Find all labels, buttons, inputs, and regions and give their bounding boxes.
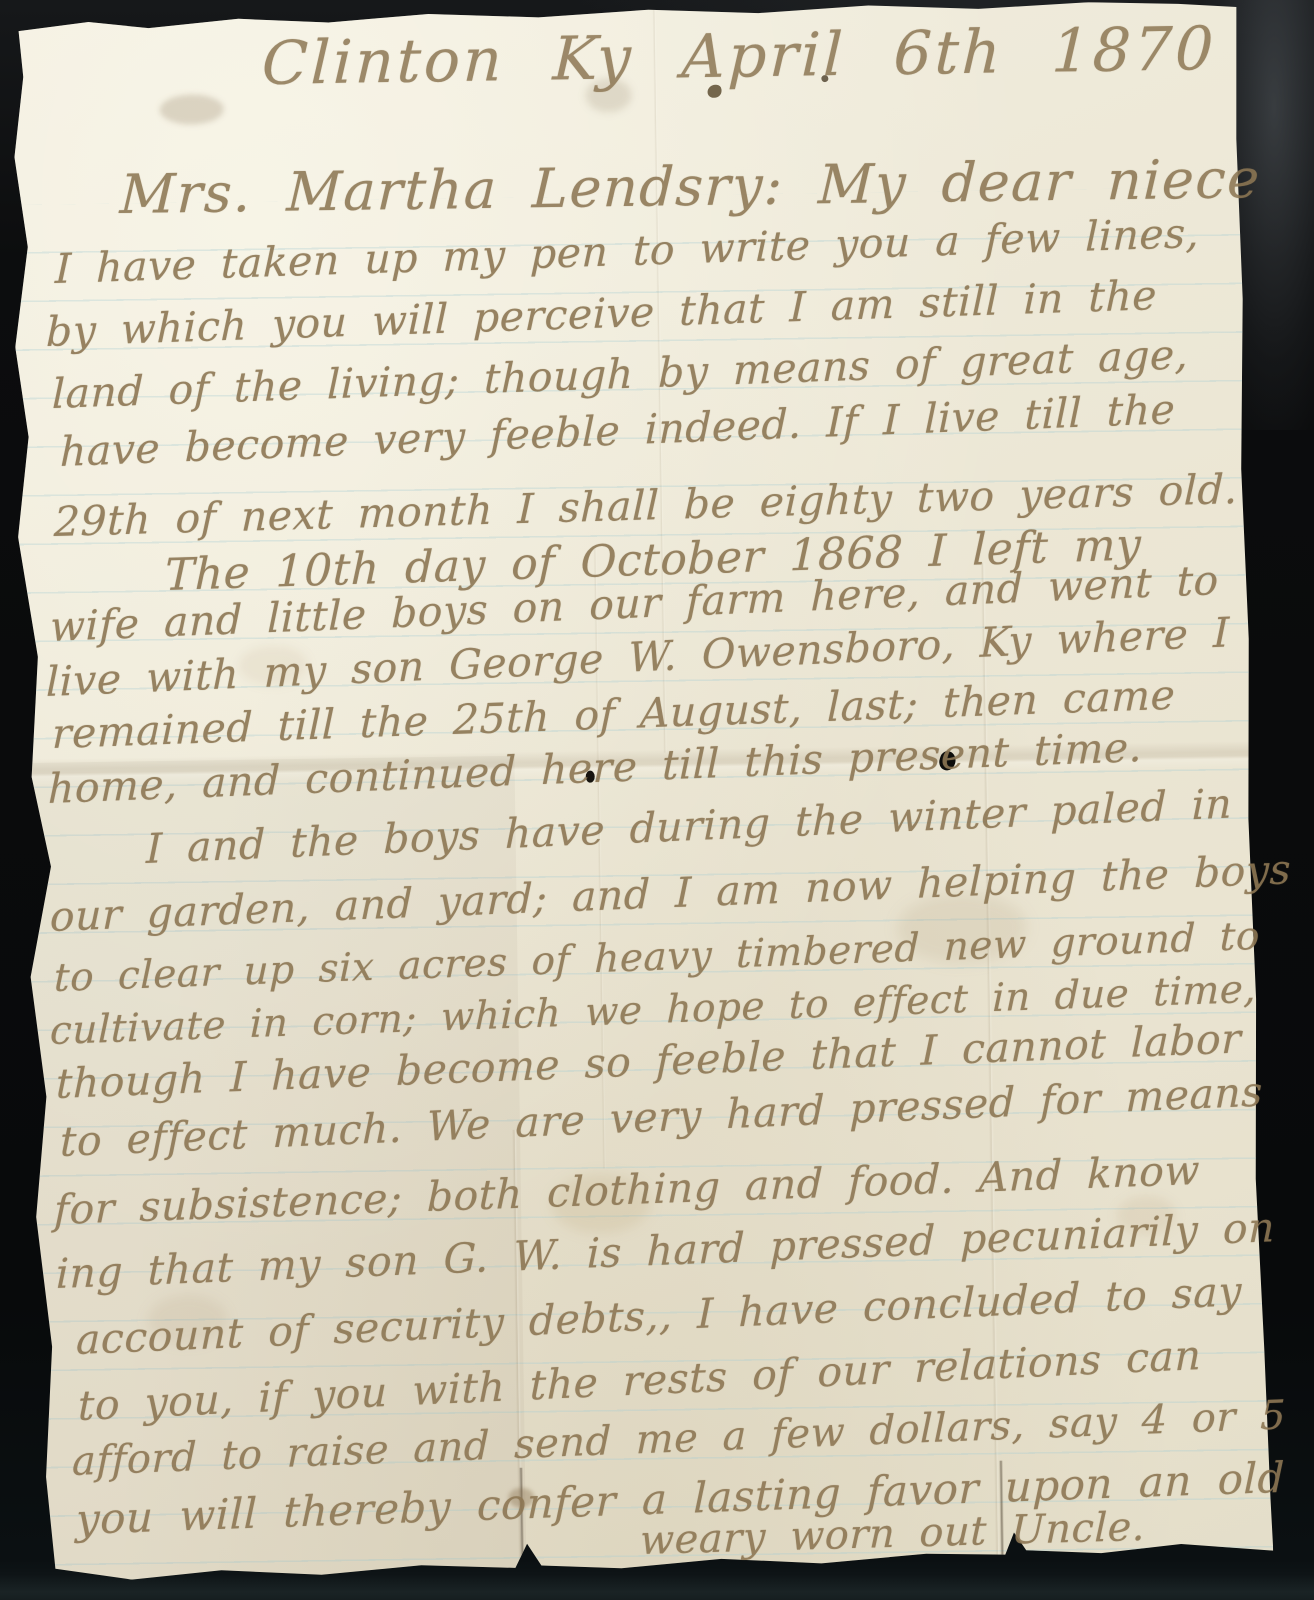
letter-dateline: Clinton Ky April 6th 1870 (261, 19, 1217, 94)
handwriting-layer: Clinton Ky April 6th 1870 Mrs. Martha Le… (0, 0, 1314, 1600)
letter-closing-line: weary worn out Uncle. (640, 1507, 1146, 1561)
letter-photograph: Clinton Ky April 6th 1870 Mrs. Martha Le… (0, 0, 1314, 1600)
